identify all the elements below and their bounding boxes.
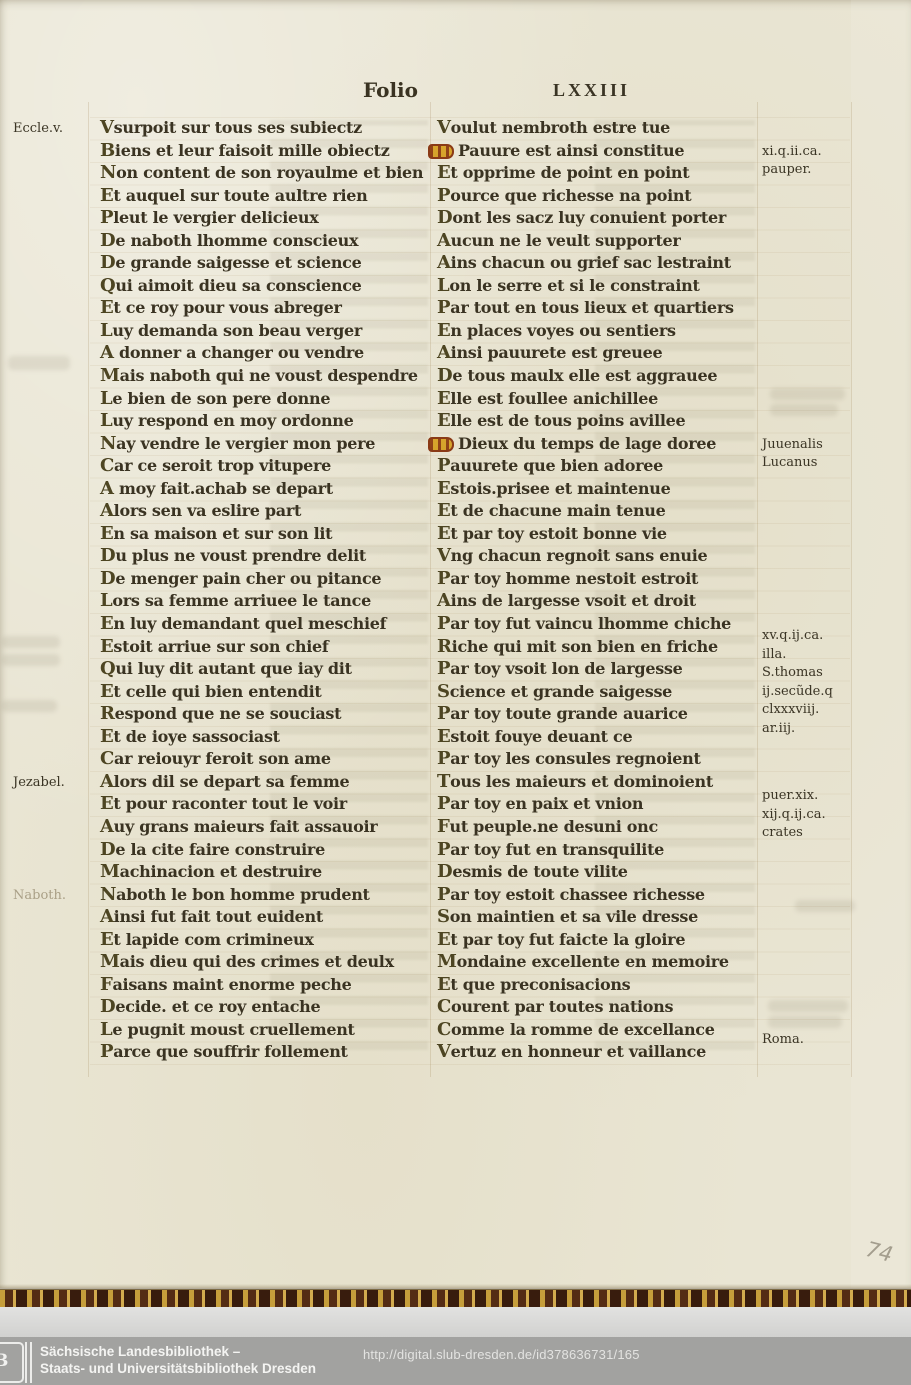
verse-column-right: Voulut nembroth estre tuePauure est ains…	[437, 117, 759, 1064]
verse-line: Le bien de son pere donne	[100, 388, 435, 411]
verse-line: Vertuz en honneur et vaillance	[437, 1041, 759, 1064]
verse-line: Science et grande saigesse	[437, 681, 759, 704]
verse-line: Biens et leur faisoit mille obiectz	[100, 140, 435, 163]
illuminated-paragraph-mark-icon	[428, 144, 454, 159]
verse-line: Naboth le bon homme prudent	[100, 884, 435, 907]
verse-line: Alors dil se depart sa femme	[100, 771, 435, 794]
verse-line: De tous maulx elle est aggrauee	[437, 365, 759, 388]
margin-note-row: Naboth.	[13, 887, 66, 906]
verse-line: Nay vendre le vergier mon pere	[100, 433, 435, 456]
verse-line: Et opprime de point en point	[437, 162, 759, 185]
margin-note-row: xv.q.ij.ca.	[762, 627, 833, 646]
verse-column-left: Vsurpoit sur tous ses subiectzBiens et l…	[100, 117, 435, 1064]
show-through-smudge	[795, 900, 855, 912]
scan-viewport: Folio LXXIII Vsurpoit sur tous ses subie…	[0, 0, 911, 1385]
margin-note: xv.q.ij.ca.illa.S.thomasij.secũde.qclxxx…	[762, 627, 833, 738]
margin-note-row: crates	[762, 824, 826, 843]
column-rule	[851, 102, 852, 1077]
verse-line: Par toy fut vaincu lhomme chiche	[437, 613, 759, 636]
verse-line: Et lapide com crimineux	[100, 929, 435, 952]
verse-line: Non content de son royaulme et bien	[100, 162, 435, 185]
margin-note-row: xi.q.ii.ca.	[762, 143, 822, 162]
slub-logo-glyph: B	[0, 1351, 8, 1371]
folio-number: LXXIII	[553, 80, 630, 101]
verse-line: Car reiouyr feroit son ame	[100, 748, 435, 771]
background-fabric	[0, 1307, 911, 1337]
verse-line: Par toy estoit chassee richesse	[437, 884, 759, 907]
verse-line: Par tout en tous lieux et quartiers	[437, 297, 759, 320]
margin-note-row: pauper.	[762, 161, 822, 180]
margin-note-row: S.thomas	[762, 664, 833, 683]
verse-line: Vng chacun regnoit sans enuie	[437, 545, 759, 568]
verse-line: A moy fait.achab se depart	[100, 478, 435, 501]
verse-line: De grande saigesse et science	[100, 252, 435, 275]
library-footer-bar: B Sächsische Landesbibliothek – Staats- …	[0, 1337, 911, 1385]
show-through-smudge	[2, 700, 57, 712]
verse-line: Pauure est ainsi constitue	[437, 140, 759, 163]
verse-line: Riche qui mit son bien en friche	[437, 636, 759, 659]
verse-line: Vsurpoit sur tous ses subiectz	[100, 117, 435, 140]
verse-line: Pleut le vergier delicieux	[100, 207, 435, 230]
verse-line: Par toy toute grande auarice	[437, 703, 759, 726]
verse-line: Pource que richesse na point	[437, 185, 759, 208]
verse-line: Elle est de tous poins avillee	[437, 410, 759, 433]
verse-line: En sa maison et sur son lit	[100, 523, 435, 546]
verse-line: Elle est foullee anichillee	[437, 388, 759, 411]
slub-logo-bars	[25, 1342, 33, 1383]
verse-line: Par toy fut en transquilite	[437, 839, 759, 862]
verse-line: Respond que ne se souciast	[100, 703, 435, 726]
verse-line: Ains chacun ou grief sac lestraint	[437, 252, 759, 275]
page-right-band	[851, 0, 911, 1288]
verse-line: A donner a changer ou vendre	[100, 342, 435, 365]
verse-line: Comme la romme de excellance	[437, 1019, 759, 1042]
margin-note-row: Roma.	[762, 1031, 804, 1050]
verse-line: Qui aimoit dieu sa conscience	[100, 275, 435, 298]
verse-line: Et de ioye sassociast	[100, 726, 435, 749]
verse-line: Lon le serre et si le constraint	[437, 275, 759, 298]
show-through-smudge	[768, 1000, 848, 1012]
slub-logo-icon: B	[0, 1342, 24, 1383]
verse-line: En places voyes ou sentiers	[437, 320, 759, 343]
verse-line: Par toy homme nestoit estroit	[437, 568, 759, 591]
verse-line: Et que preconisacions	[437, 974, 759, 997]
gilt-book-edge	[0, 1289, 911, 1308]
verse-line: Et pour raconter tout le voir	[100, 793, 435, 816]
margin-note: JuuenalisLucanus	[762, 436, 823, 473]
verse-line: Par toy en paix et vnion	[437, 793, 759, 816]
verse-line: Mondaine excellente en memoire	[437, 951, 759, 974]
verse-line: Par toy vsoit lon de largesse	[437, 658, 759, 681]
show-through-smudge	[770, 404, 838, 416]
verse-line: Et celle qui bien entendit	[100, 681, 435, 704]
margin-note: xi.q.ii.ca.pauper.	[762, 143, 822, 180]
verse-line: De naboth lhomme conscieux	[100, 230, 435, 253]
column-rule	[88, 102, 89, 1077]
margin-note: Eccle.v.	[13, 120, 63, 139]
verse-line: Aucun ne le veult supporter	[437, 230, 759, 253]
margin-note-row: Eccle.v.	[13, 120, 63, 139]
book-page: Folio LXXIII Vsurpoit sur tous ses subie…	[0, 0, 911, 1288]
margin-note-row: clxxxviij.	[762, 701, 833, 720]
margin-note: Jezabel.	[13, 774, 65, 793]
verse-line: Et par toy estoit bonne vie	[437, 523, 759, 546]
verse-line: Machinacion et destruire	[100, 861, 435, 884]
verse-line: Estoit fouye deuant ce	[437, 726, 759, 749]
margin-note: Naboth.	[13, 887, 66, 906]
show-through-smudge	[8, 356, 70, 370]
verse-line: Decide. et ce roy entache	[100, 996, 435, 1019]
verse-line: Voulut nembroth estre tue	[437, 117, 759, 140]
digital-object-url: http://digital.slub-dresden.de/id3786367…	[363, 1347, 640, 1362]
verse-line: Et par toy fut faicte la gloire	[437, 929, 759, 952]
verse-line: Courent par toutes nations	[437, 996, 759, 1019]
margin-note-row: ij.secũde.q	[762, 683, 833, 702]
verse-line: Et auquel sur toute aultre rien	[100, 185, 435, 208]
verse-line: Pauurete que bien adoree	[437, 455, 759, 478]
verse-line: Parce que souffrir follement	[100, 1041, 435, 1064]
verse-line: Ainsi fut fait tout euident	[100, 906, 435, 929]
verse-line: Auy grans maieurs fait assauoir	[100, 816, 435, 839]
illuminated-paragraph-mark-icon	[428, 437, 454, 452]
verse-line: Le pugnit moust cruellement	[100, 1019, 435, 1042]
verse-line: Car ce seroit trop vitupere	[100, 455, 435, 478]
verse-line: Desmis de toute vilite	[437, 861, 759, 884]
show-through-smudge	[2, 636, 60, 648]
verse-line: Ains de largesse vsoit et droit	[437, 590, 759, 613]
library-name-line2: Staats- und Universitätsbibliothek Dresd…	[40, 1361, 316, 1378]
verse-line: Faisans maint enorme peche	[100, 974, 435, 997]
margin-note-row: puer.xix.	[762, 787, 826, 806]
margin-note-row: Juuenalis	[762, 436, 823, 455]
verse-line: Mais naboth qui ne voust despendre	[100, 365, 435, 388]
library-name-line1: Sächsische Landesbibliothek –	[40, 1344, 316, 1361]
verse-line: Lors sa femme arriuee le tance	[100, 590, 435, 613]
verse-line: Mais dieu qui des crimes et deulx	[100, 951, 435, 974]
verse-line: Et ce roy pour vous abreger	[100, 297, 435, 320]
verse-line: Fut peuple.ne desuni onc	[437, 816, 759, 839]
show-through-smudge	[768, 1016, 842, 1028]
verse-line: De la cite faire construire	[100, 839, 435, 862]
margin-note-row: ar.iij.	[762, 720, 833, 739]
verse-line: Estoit arriue sur son chief	[100, 636, 435, 659]
folio-label: Folio	[363, 78, 418, 102]
margin-note: Roma.	[762, 1031, 804, 1050]
margin-note-row: xij.q.ij.ca.	[762, 806, 826, 825]
verse-line: Dont les sacz luy conuient porter	[437, 207, 759, 230]
margin-note-row: Jezabel.	[13, 774, 65, 793]
verse-line: Tous les maieurs et dominoient	[437, 771, 759, 794]
verse-line: Estois.prisee et maintenue	[437, 478, 759, 501]
margin-note-row: illa.	[762, 646, 833, 665]
verse-line: Et de chacune main tenue	[437, 500, 759, 523]
verse-line: Alors sen va eslire part	[100, 500, 435, 523]
verse-line: Par toy les consules regnoient	[437, 748, 759, 771]
margin-note: puer.xix.xij.q.ij.ca.crates	[762, 787, 826, 843]
show-through-smudge	[770, 388, 845, 400]
verse-line: En luy demandant quel meschief	[100, 613, 435, 636]
verse-line: Dieux du temps de lage doree	[437, 433, 759, 456]
verse-line: Ainsi pauurete est greuee	[437, 342, 759, 365]
verse-line: De menger pain cher ou pitance	[100, 568, 435, 591]
show-through-smudge	[2, 654, 60, 666]
library-name: Sächsische Landesbibliothek – Staats- un…	[40, 1344, 316, 1377]
verse-line: Luy demanda son beau verger	[100, 320, 435, 343]
verse-line: Du plus ne voust prendre delit	[100, 545, 435, 568]
verse-line: Luy respond en moy ordonne	[100, 410, 435, 433]
verse-line: Son maintien et sa vile dresse	[437, 906, 759, 929]
verse-line: Qui luy dit autant que iay dit	[100, 658, 435, 681]
margin-note-row: Lucanus	[762, 454, 823, 473]
